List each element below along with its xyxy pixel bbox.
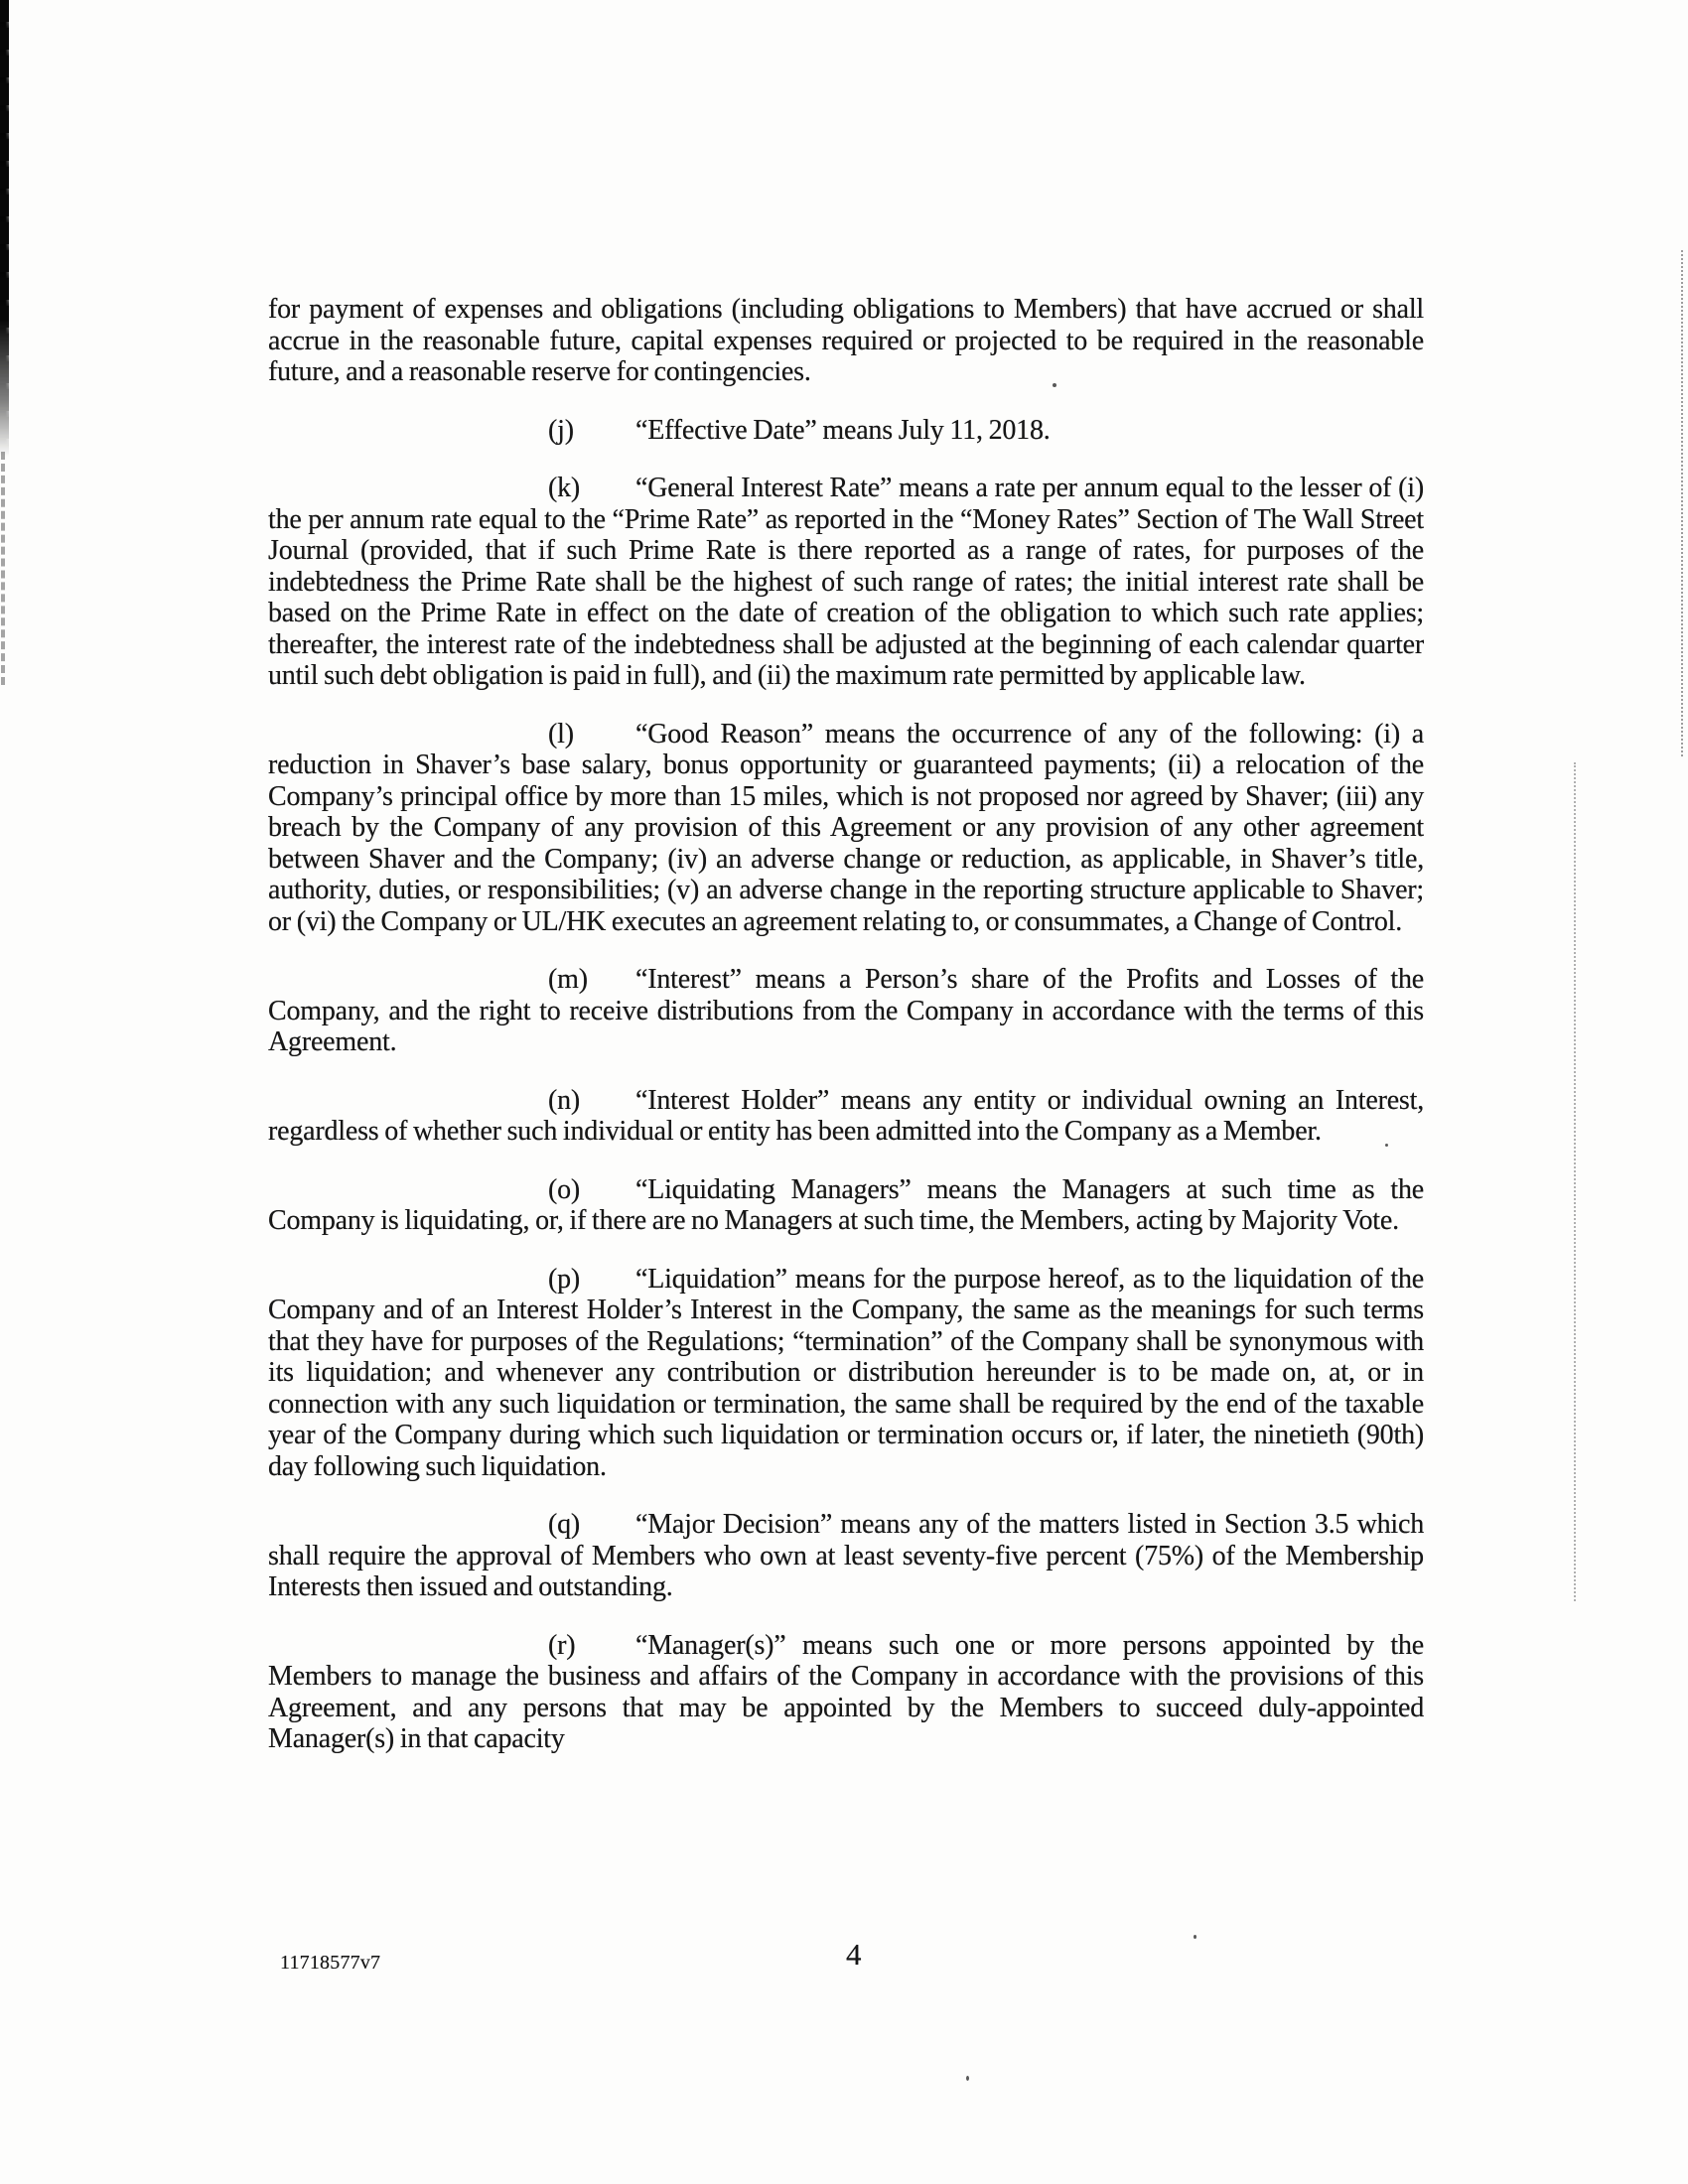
scan-artifact-dotted-line-right-upper [1681,250,1683,756]
definition-text-l: “Good Reason” means the occurrence of an… [268,719,1424,937]
scan-speck [1194,1935,1196,1939]
definition-label-l: (l) [548,719,635,751]
definition-text-o: “Liquidating Managers” means the Manager… [268,1174,1424,1237]
scan-artifact-dotted-line-right-lower [1574,762,1576,1601]
definition-label-r: (r) [548,1630,635,1662]
definition-paragraph-m: (m)“Interest” means a Person’s share of … [268,964,1424,1058]
definition-paragraph-l: (l)“Good Reason” means the occurrence of… [268,719,1424,938]
document-number: 11718577v7 [280,1952,380,1975]
scan-speck [966,2076,969,2081]
definition-paragraph-k: (k)“General Interest Rate” means a rate … [268,473,1424,692]
definition-text-k: “General Interest Rate” means a rate per… [268,473,1424,691]
definition-text-n: “Interest Holder” means any entity or in… [268,1085,1424,1148]
definition-paragraph-r: (r)“Manager(s)” means such one or more p… [268,1630,1424,1755]
definition-label-n: (n) [548,1085,635,1117]
definition-paragraph-q: (q)“Major Decision” means any of the mat… [268,1509,1424,1603]
definition-text-p: “Liquidation” means for the purpose here… [268,1264,1424,1482]
definition-label-p: (p) [548,1264,635,1296]
definition-paragraph-j: (j)“Effective Date” means July 11, 2018. [268,415,1424,447]
definition-paragraph-p: (p)“Liquidation” means for the purpose h… [268,1264,1424,1483]
scan-artifact-left-edge-faded [1,452,5,685]
document-body: for payment of expenses and obligations … [268,294,1424,1755]
definition-paragraph-o: (o)“Liquidating Managers” means the Mana… [268,1174,1424,1237]
definition-label-m: (m) [548,964,635,996]
definition-label-k: (k) [548,473,635,504]
definition-text-m: “Interest” means a Person’s share of the… [268,964,1424,1057]
definition-text-j: “Effective Date” means July 11, 2018. [635,415,1051,446]
definition-label-j: (j) [548,415,635,447]
paragraph-continuation: for payment of expenses and obligations … [268,294,1424,388]
definition-label-o: (o) [548,1174,635,1206]
definition-text-q: “Major Decision” means any of the matter… [268,1509,1424,1602]
definition-text-r: “Manager(s)” means such one or more pers… [268,1630,1424,1755]
definition-label-q: (q) [548,1509,635,1541]
page-number: 4 [846,1937,862,1973]
definition-paragraph-n: (n)“Interest Holder” means any entity or… [268,1085,1424,1148]
scan-artifact-left-edge [0,0,9,457]
document-page: for payment of expenses and obligations … [0,0,1688,2184]
